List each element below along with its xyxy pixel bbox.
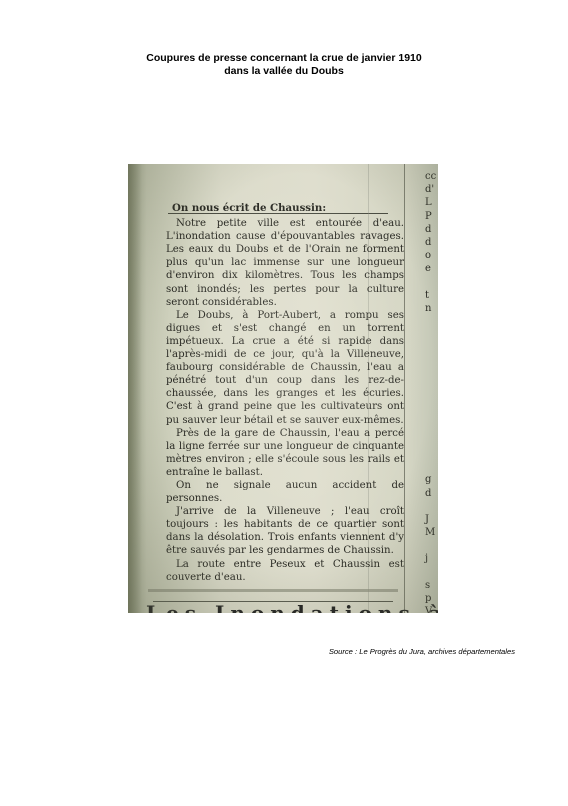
title-line-1: Coupures de presse concernant la crue de… bbox=[0, 52, 568, 65]
newspaper-clipping-photo: On nous écrit de Chaussin: Notre petite … bbox=[128, 164, 438, 613]
document-title: Coupures de presse concernant la crue de… bbox=[0, 52, 568, 78]
title-line-2: dans la vallée du Doubs bbox=[0, 65, 568, 78]
photo-vignette bbox=[128, 164, 438, 613]
source-caption: Source : Le Progrès du Jura, archives dé… bbox=[0, 647, 515, 656]
